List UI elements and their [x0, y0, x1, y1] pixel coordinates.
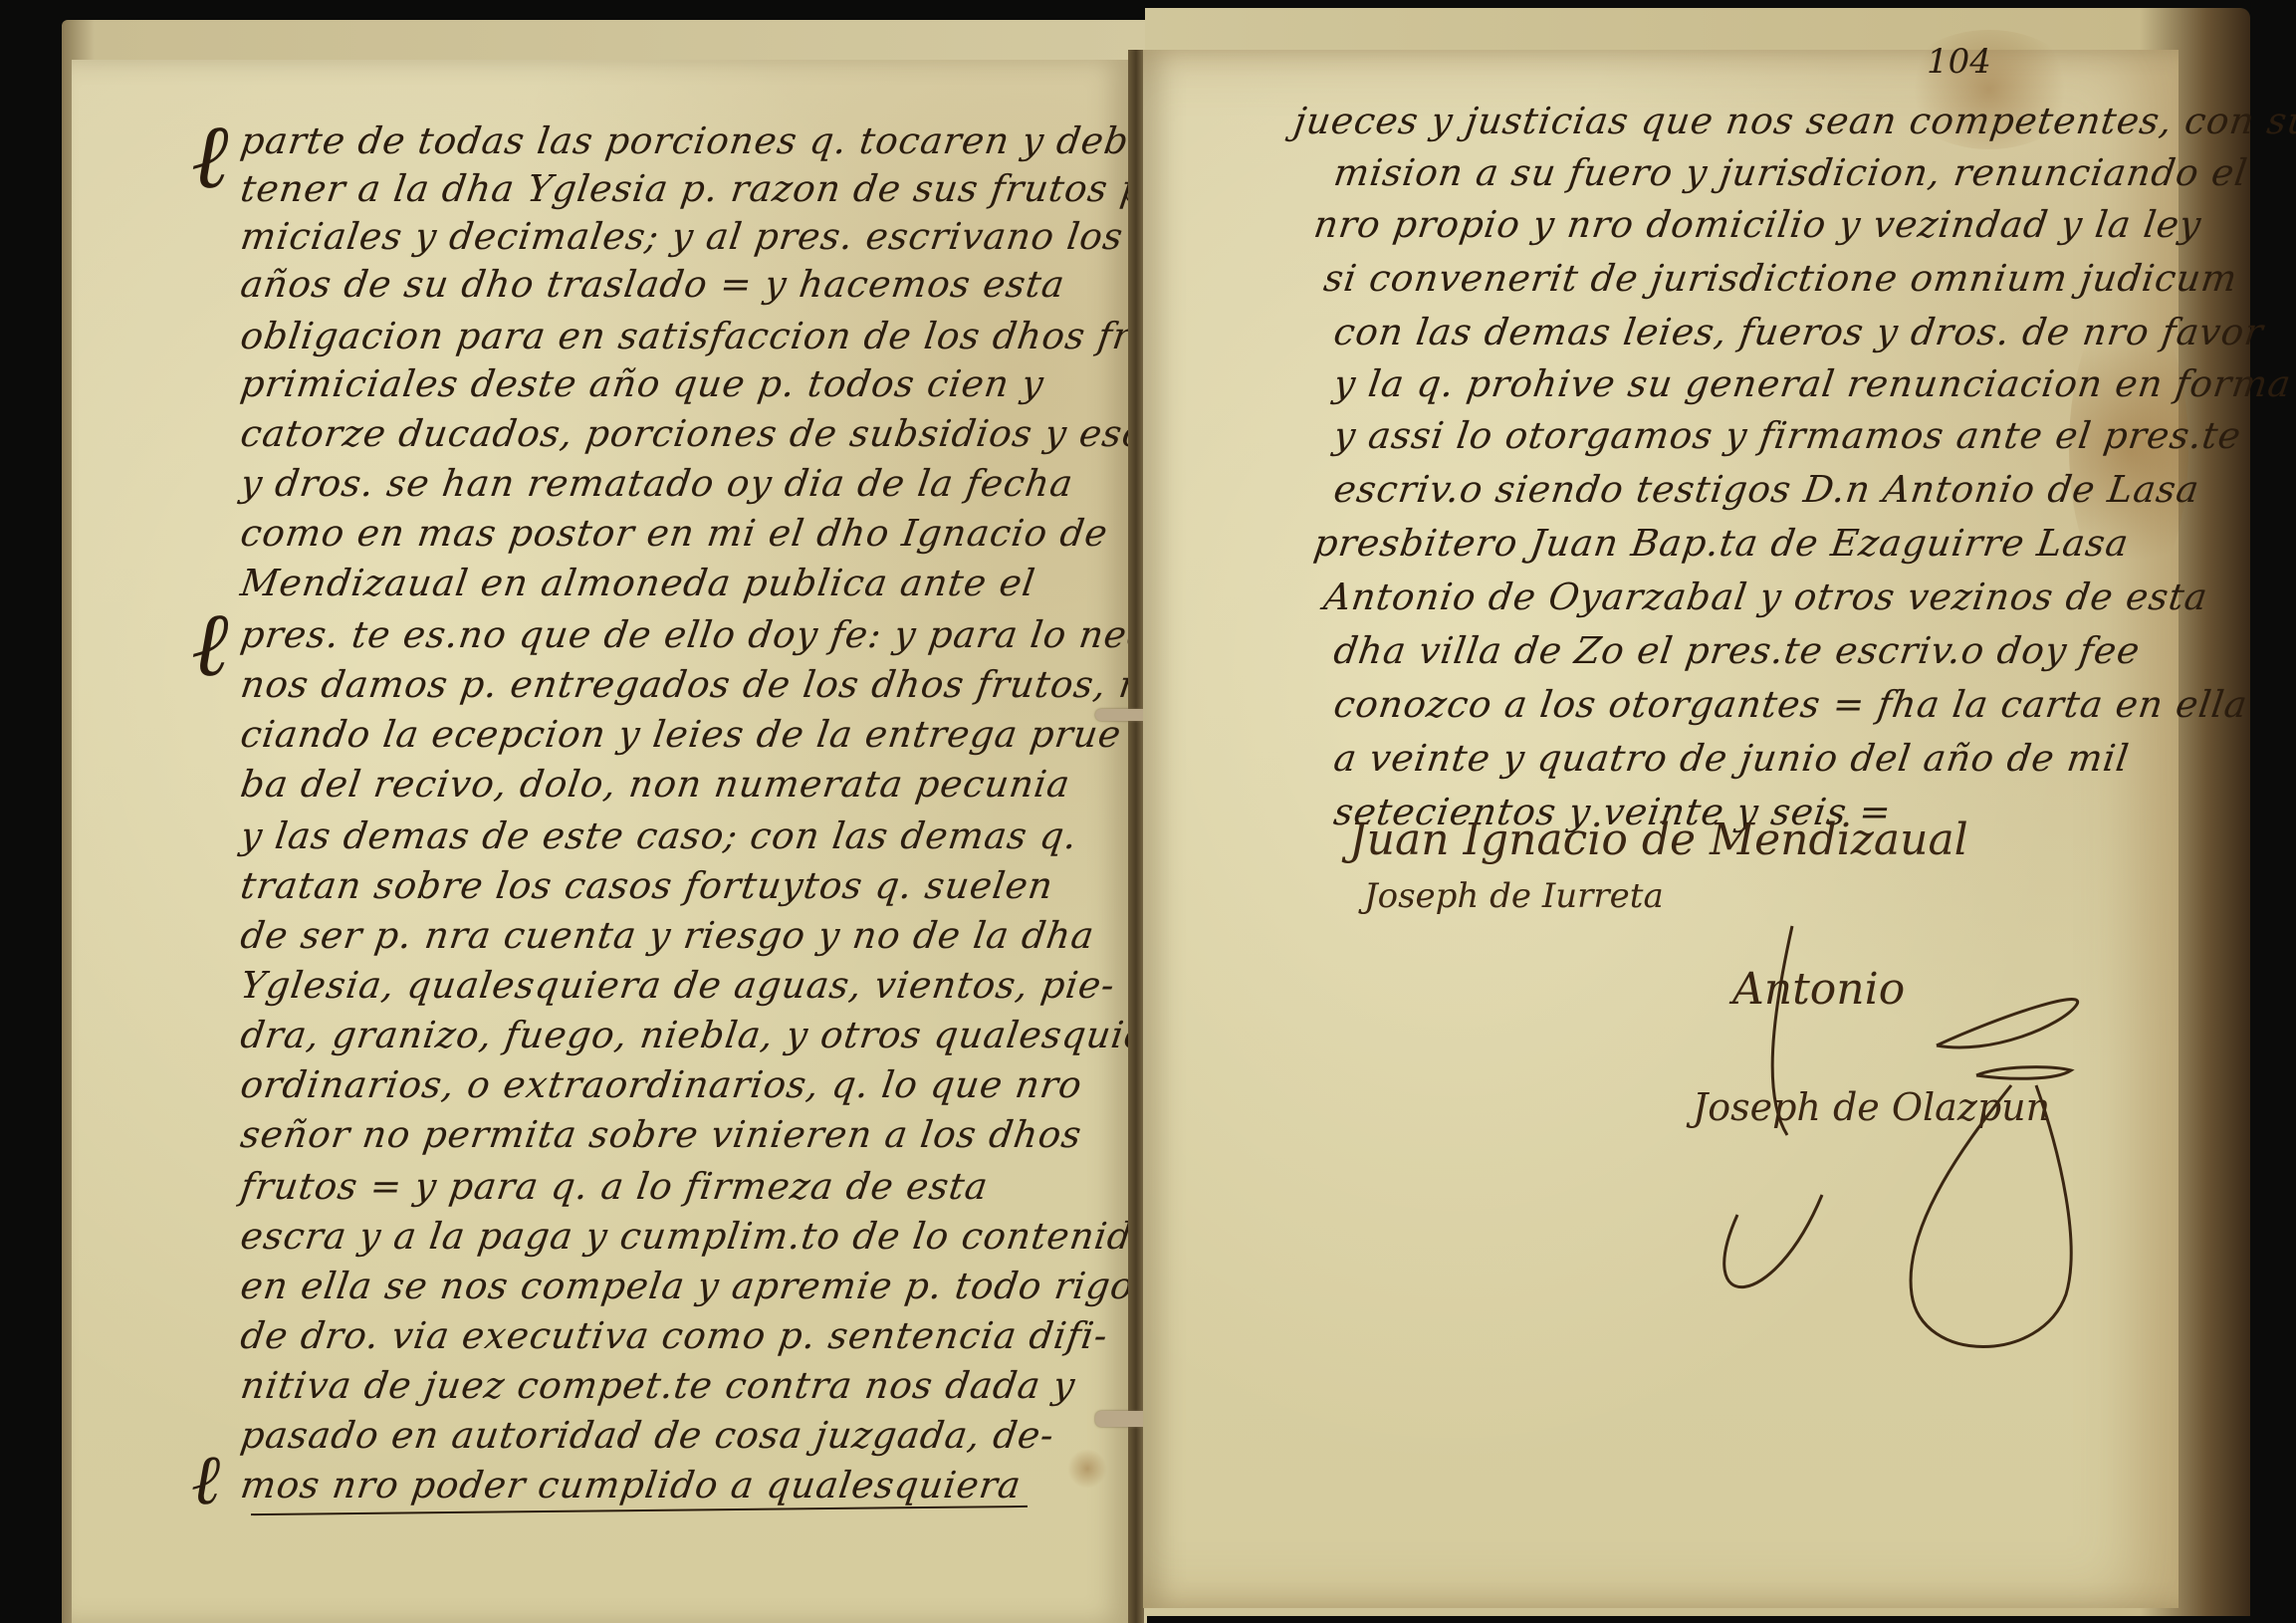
text-line: pres. te es.no que de ello doy fe: y par… [238, 613, 1227, 656]
text-line: presbitero Juan Bap.ta de Ezaguirre Lasa [1311, 522, 2132, 565]
text-line: dha villa de Zo el pres.te escriv.o doy … [1331, 629, 2143, 672]
text-line: mos nro poder cumplido a qualesquiera [238, 1464, 1025, 1507]
text-line: ordinarios, o extraordinarios, q. lo que… [238, 1063, 1085, 1106]
text-line: tener a la dha Yglesia p. razon de sus f… [238, 167, 1193, 210]
text-line: y las demas de este caso; con las demas … [238, 814, 1080, 857]
signature-iurreta: Joseph de Iurreta [1364, 876, 1664, 916]
notarial-flourish-icon [1673, 896, 2151, 1374]
text-line: escra y a la paga y cumplim.to de lo con… [238, 1215, 1158, 1258]
ink-stain [1067, 1449, 1107, 1489]
margin-flourish-icon: ℓ [191, 592, 229, 697]
text-line: como en mas postor en mi el dho Ignacio … [238, 512, 1111, 555]
text-line: ba del recivo, dolo, non numerata pecuni… [238, 763, 1073, 806]
text-line: Yglesia, qualesquiera de aguas, vientos,… [238, 964, 1118, 1007]
text-line: obligacion para en satisfaccion de los d… [238, 315, 1218, 357]
text-line: pasado en autoridad de cosa juzgada, de- [238, 1414, 1057, 1457]
text-line: nro propio y nro domicilio y vezindad y … [1311, 203, 2204, 246]
text-line: jueces y justicias que nos sean competen… [1291, 100, 2296, 142]
text-line: en ella se nos compela y apremie p. todo… [238, 1265, 1156, 1307]
folio-number: 104 [1927, 42, 1991, 82]
text-line: y dros. se han rematado oy dia de la fec… [238, 462, 1076, 505]
text-line: años de su dho traslado = y hacemos esta [238, 263, 1068, 306]
text-line: dra, granizo, fuego, niebla, y otros qua… [238, 1014, 1192, 1056]
margin-flourish-icon: ℓ [191, 105, 229, 209]
text-line: si convenerit de jurisdictione omnium ju… [1321, 257, 2240, 300]
text-line: Mendizaual en almoneda publica ante el [238, 562, 1038, 604]
text-line: de dro. via executiva como p. sentencia … [238, 1314, 1111, 1357]
signature-mendizaual: Juan Ignacio de Mendizaual [1349, 814, 1968, 865]
text-line: catorze ducados, porciones de subsidios … [238, 412, 1263, 455]
text-line: conozco a los otorgantes = fha la carta … [1331, 683, 2250, 726]
text-line: a veinte y quatro de junio del año de mi… [1331, 737, 2132, 780]
text-line: de ser p. nra cuenta y riesgo y no de la… [238, 914, 1097, 957]
text-line: y assi lo otorgamos y firmamos ante el p… [1331, 414, 2244, 457]
text-line: con las demas leies, fueros y dros. de n… [1331, 311, 2266, 353]
book-gutter [1128, 50, 1144, 1623]
text-line: frutos = y para q. a lo firmeza de esta [238, 1165, 991, 1208]
text-line: nitiva de juez compet.te contra nos dada… [238, 1364, 1078, 1407]
text-line: mision a su fuero y jurisdicion, renunci… [1331, 151, 2250, 194]
left-page: parte de todas las porciones q. tocaren … [72, 60, 1132, 1623]
margin-flourish-icon: ℓ [191, 1439, 220, 1521]
text-line: ciando la ecepcion y leies de la entrega… [238, 713, 1124, 756]
text-line: Antonio de Oyarzabal y otros vezinos de … [1321, 576, 2210, 618]
text-line: tratan sobre los casos fortuytos q. suel… [238, 864, 1056, 907]
text-line: señor no permita sobre vinieren a los dh… [238, 1113, 1084, 1156]
closing-rule [251, 1506, 1028, 1515]
text-line: nos damos p. entregados de los dhos frut… [238, 663, 1238, 706]
text-line: primiciales deste año que p. todos cien … [238, 362, 1046, 405]
text-line: escriv.o siendo testigos D.n Antonio de … [1331, 468, 2202, 511]
text-line: miciales y decimales; y al pres. escriva… [238, 215, 1126, 258]
text-line: y la q. prohive su general renunciacion … [1331, 362, 2294, 405]
